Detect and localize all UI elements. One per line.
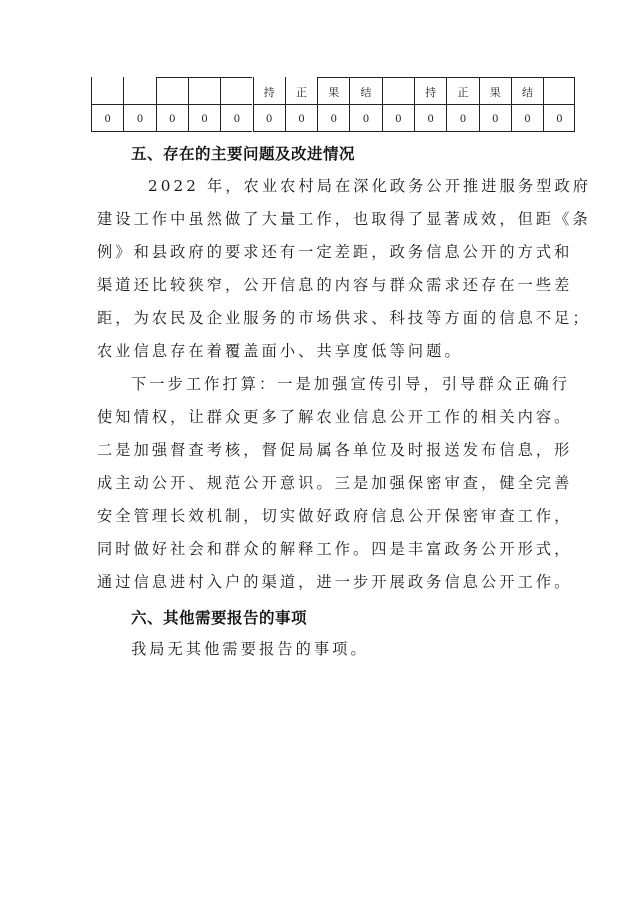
table-value-cell: 0 bbox=[253, 105, 285, 132]
paragraph-line: 2022 年，农业农村局在深化政务公开推进服务型政府 bbox=[148, 175, 591, 196]
table-header-cell bbox=[382, 77, 414, 105]
table-value-cell: 0 bbox=[91, 105, 123, 132]
paragraph-line: 同时做好社会和群众的解释工作。四是丰富政务公开形式， bbox=[97, 538, 572, 559]
table-value-cell: 0 bbox=[156, 105, 188, 132]
table-value-cell: 0 bbox=[543, 105, 575, 132]
table-header-cell: 持 bbox=[253, 77, 285, 105]
table-value-cell: 0 bbox=[511, 105, 543, 132]
table-value-cell: 0 bbox=[123, 105, 155, 132]
paragraph-line: 农业信息存在着覆盖面小、共享度低等问题。 bbox=[97, 340, 463, 361]
table-value-cell: 0 bbox=[285, 105, 317, 132]
table-header-cell: 结 bbox=[349, 77, 381, 105]
paragraph-line: 建设工作中虽然做了大量工作，也取得了显著成效，但距《条 bbox=[97, 208, 591, 229]
section-heading-other-matters: 六、其他需要报告的事项 bbox=[131, 606, 307, 628]
table-header-cell bbox=[91, 77, 123, 105]
table-header-cell bbox=[543, 77, 575, 105]
table-value-cell: 0 bbox=[349, 105, 381, 132]
paragraph-line: 通过信息进村入户的渠道，进一步开展政务信息公开工作。 bbox=[97, 571, 572, 592]
paragraph-line: 下一步工作打算：一是加强宣传引导，引导群众正确行 bbox=[131, 373, 570, 394]
table-value-cell: 0 bbox=[414, 105, 446, 132]
table-header-cell bbox=[123, 77, 155, 105]
table-value-cell: 0 bbox=[317, 105, 349, 132]
table-header-cell: 持 bbox=[414, 77, 446, 105]
paragraph-line: 使知情权，让群众更多了解农业信息公开工作的相关内容。 bbox=[97, 406, 572, 427]
paragraph-line: 二是加强督查考核，督促局属各单位及时报送发布信息，形 bbox=[97, 439, 572, 460]
table-value-cell: 0 bbox=[446, 105, 478, 132]
table-header-cell bbox=[156, 77, 188, 105]
document-page: 持 正 果 结 持 正 果 结 0 0 0 0 0 0 0 0 0 0 0 0 … bbox=[0, 0, 635, 898]
table-header-cell: 正 bbox=[285, 77, 317, 105]
table-header-cell: 果 bbox=[479, 77, 511, 105]
paragraph-line: 距，为农民及企业服务的市场供求、科技等方面的信息不足； bbox=[97, 307, 591, 328]
paragraph-line: 渠道还比较狭窄，公开信息的内容与群众需求还存在一些差 bbox=[97, 274, 572, 295]
table-header-cell: 正 bbox=[446, 77, 478, 105]
paragraph-line: 安全管理长效机制，切实做好政府信息公开保密审查工作， bbox=[97, 505, 572, 526]
table-header-cell: 果 bbox=[317, 77, 349, 105]
paragraph-line: 我局无其他需要报告的事项。 bbox=[131, 638, 369, 659]
table-header-cell bbox=[220, 77, 252, 105]
table-value-cell: 0 bbox=[382, 105, 414, 132]
data-table: 持 正 果 结 持 正 果 结 0 0 0 0 0 0 0 0 0 0 0 0 … bbox=[91, 77, 576, 133]
table-value-cell: 0 bbox=[188, 105, 220, 132]
paragraph-line: 成主动公开、规范公开意识。三是加强保密审查，健全完善 bbox=[97, 472, 572, 493]
section-heading-problems: 五、存在的主要问题及改进情况 bbox=[131, 142, 355, 164]
table-value-cell: 0 bbox=[220, 105, 252, 132]
paragraph-line: 例》和县政府的要求还有一定差距，政务信息公开的方式和 bbox=[97, 241, 572, 262]
table-header-cell: 结 bbox=[511, 77, 543, 105]
table-value-cell: 0 bbox=[479, 105, 511, 132]
table-header-cell bbox=[188, 77, 220, 105]
